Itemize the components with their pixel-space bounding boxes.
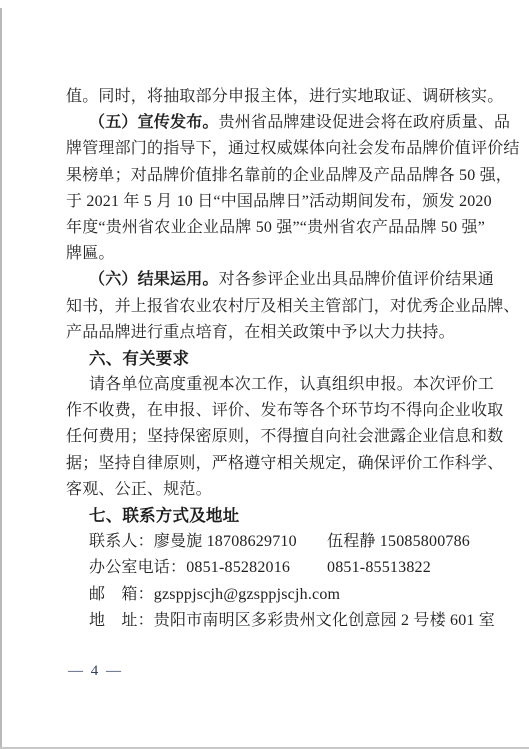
address-line: 地 址：贵阳市南明区多彩贵州文化创意园 2 号楼 601 室 [89,612,495,629]
text-line: 产品品牌进行重点培育，在相关政策中予以大力扶持。 [66,320,498,346]
text-line: （五）宣传发布。贵州省品牌建设促进会将在政府质量、品 [66,110,498,136]
body-text: 客观、公正、规范。 [66,481,212,498]
body-text: 贵州省品牌建设促进会将在政府质量、品 [219,114,511,131]
text-line: 请各单位高度重视本次工作，认真组织申报。本次评价工 [66,372,498,398]
text-line: 果榜单；对品牌价值排名靠前的企业品牌及产品品牌各 50 强， [66,163,498,189]
text-line: 于 2021 年 5 月 10 日“中国品牌日”活动期间发布，颁发 2020 [66,189,498,215]
office-phone-1: 办公室电话：0851-85282016 [89,555,327,581]
body-text: 牌匾。 [66,245,115,262]
scan-edge-left [0,8,2,749]
section-lead: （六）结果运用。 [89,271,219,288]
body-text: 请各单位高度重视本次工作，认真组织申报。本次评价工 [89,376,494,393]
text-line: 任何费用；坚持保密原则，不得擅自向社会泄露企业信息和数 [66,424,498,450]
text-line: 据；坚持自律原则，严格遵守相关规定，确保评价工作科学、 [66,451,498,477]
document-page: 值。同时，将抽取部分申报主体，进行实地取证、调研核实。 （五）宣传发布。贵州省品… [0,0,529,749]
text-line: 作不收费，在申报、评价、发布等各个环节均不得向企业收取 [66,398,498,424]
body-text: 牌管理部门的指导下，通过权威媒体向社会发布品牌价值评价结 [66,140,520,157]
heading-text: 七、联系方式及地址 [89,507,239,525]
body-text: 任何费用；坚持保密原则，不得擅自向社会泄露企业信息和数 [66,428,503,445]
contact-person-1: 联系人：廖曼旎 18708629710 [89,529,327,555]
text-line: 值。同时，将抽取部分申报主体，进行实地取证、调研核实。 [66,84,498,110]
text-line: 牌匾。 [66,241,498,267]
body-text: 据；坚持自律原则，严格遵守相关规定，确保评价工作科学、 [66,455,503,472]
body-text: 年度“贵州省农业企业品牌 50 强”“贵州省农产品品牌 50 强” [66,219,485,236]
body-text: 值。同时，将抽取部分申报主体，进行实地取证、调研核实。 [66,88,503,105]
contact-row: 办公室电话：0851-852820160851-85513822 [66,555,498,581]
contact-person-2: 伍程静 15085800786 [327,533,470,550]
text-line: 客观、公正、规范。 [66,477,498,503]
text-line: 牌管理部门的指导下，通过权威媒体向社会发布品牌价值评价结 [66,136,498,162]
body-text: 知书，并上报省农业农村厅及相关主管部门，对优秀企业品牌、 [66,298,520,315]
text-line: 知书，并上报省农业农村厅及相关主管部门，对优秀企业品牌、 [66,294,498,320]
document-body: 值。同时，将抽取部分申报主体，进行实地取证、调研核实。 （五）宣传发布。贵州省品… [66,84,498,634]
section-lead: （五）宣传发布。 [89,114,219,131]
section-heading-6: 六、有关要求 [66,346,498,372]
body-text: 产品品牌进行重点培育，在相关政策中予以大力扶持。 [66,324,455,341]
email-line: 邮 箱：gzsppjscjh@gzsppjscjh.com [89,586,340,603]
contact-row: 地 址：贵阳市南明区多彩贵州文化创意园 2 号楼 601 室 [66,608,498,634]
page-number: — 4 — [68,663,123,680]
section-heading-7: 七、联系方式及地址 [66,503,498,529]
body-text: 于 2021 年 5 月 10 日“中国品牌日”活动期间发布，颁发 2020 [66,193,492,210]
body-text: 对各参评企业出具品牌价值评价结果通 [219,271,494,288]
heading-text: 六、有关要求 [89,350,189,368]
contact-row: 联系人：廖曼旎 18708629710伍程静 15085800786 [66,529,498,555]
text-line: （六）结果运用。对各参评企业出具品牌价值评价结果通 [66,267,498,293]
text-line: 年度“贵州省农业企业品牌 50 强”“贵州省农产品品牌 50 强” [66,215,498,241]
contact-row: 邮 箱：gzsppjscjh@gzsppjscjh.com [66,582,498,608]
body-text: 作不收费，在申报、评价、发布等各个环节均不得向企业收取 [66,402,503,419]
office-phone-2: 0851-85513822 [327,559,431,576]
body-text: 果榜单；对品牌价值排名靠前的企业品牌及产品品牌各 50 强， [66,167,512,184]
